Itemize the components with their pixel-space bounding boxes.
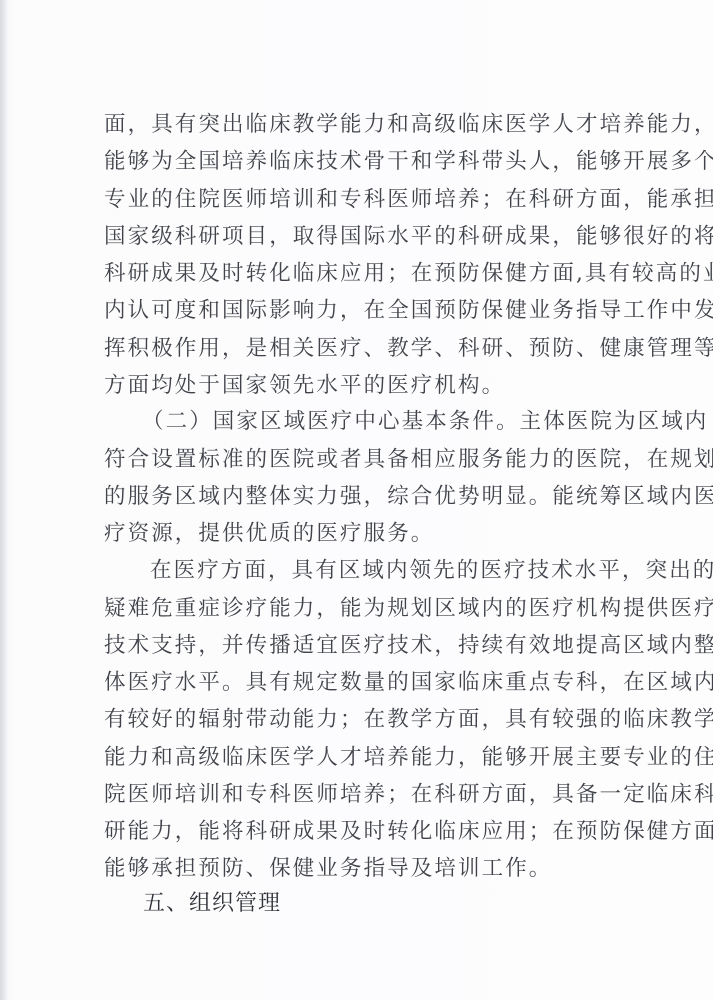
text-line: 疗资源，提供优质的医疗服务。	[104, 522, 604, 546]
scan-edge-shadow	[0, 0, 8, 1000]
document-page: 面，具有突出临床教学能力和高级临床医学人才培养能力， 能够为全国培养临床技术骨干…	[0, 0, 713, 1000]
text-line: 方面均处于国家领先水平的医疗机构。	[104, 374, 604, 398]
paragraph-start-line: 在医疗方面，具有区域内领先的医疗技术水平，突出的	[150, 559, 650, 583]
text-line: 的服务区域内整体实力强，综合优势明显。能统筹区域内医	[104, 485, 604, 509]
text-line: 国家级科研项目，取得国际水平的科研成果，能够很好的将	[104, 225, 604, 249]
text-line: 挥积极作用，是相关医疗、教学、科研、预防、健康管理等	[104, 337, 604, 361]
section-heading: 五、组织管理	[143, 892, 281, 916]
text-line: 院医师培训和专科医师培养；在科研方面，具备一定临床科	[104, 783, 604, 807]
text-line: 技术支持，并传播适宜医疗技术，持续有效地提高区域内整	[104, 634, 604, 658]
text-line: 内认可度和国际影响力，在全国预防保健业务指导工作中发	[104, 299, 604, 323]
paragraph-start-line: （二）国家区域医疗中心基本条件。主体医院为区域内	[142, 410, 642, 434]
text-line: 面，具有突出临床教学能力和高级临床医学人才培养能力，	[104, 113, 604, 137]
text-line: 有较好的辐射带动能力；在教学方面，具有较强的临床教学	[104, 708, 604, 732]
text-line: 科研成果及时转化临床应用；在预防保健方面,具有较高的业	[104, 262, 604, 286]
text-line: 研能力，能将科研成果及时转化临床应用；在预防保健方面，	[104, 820, 604, 844]
text-line: 符合设置标准的医院或者具备相应服务能力的医院，在规划	[104, 448, 604, 472]
text-line: 体医疗水平。具有规定数量的国家临床重点专科，在区域内	[104, 671, 604, 695]
text-line: 能够承担预防、保健业务指导及培训工作。	[104, 857, 604, 881]
text-line: 能力和高级临床医学人才培养能力，能够开展主要专业的住	[104, 746, 604, 770]
text-line: 能够为全国培养临床技术骨干和学科带头人，能够开展多个	[104, 150, 604, 174]
text-line: 专业的住院医师培训和专科医师培养；在科研方面，能承担	[104, 188, 604, 212]
text-line: 疑难危重症诊疗能力，能为规划区域内的医疗机构提供医疗	[104, 597, 604, 621]
